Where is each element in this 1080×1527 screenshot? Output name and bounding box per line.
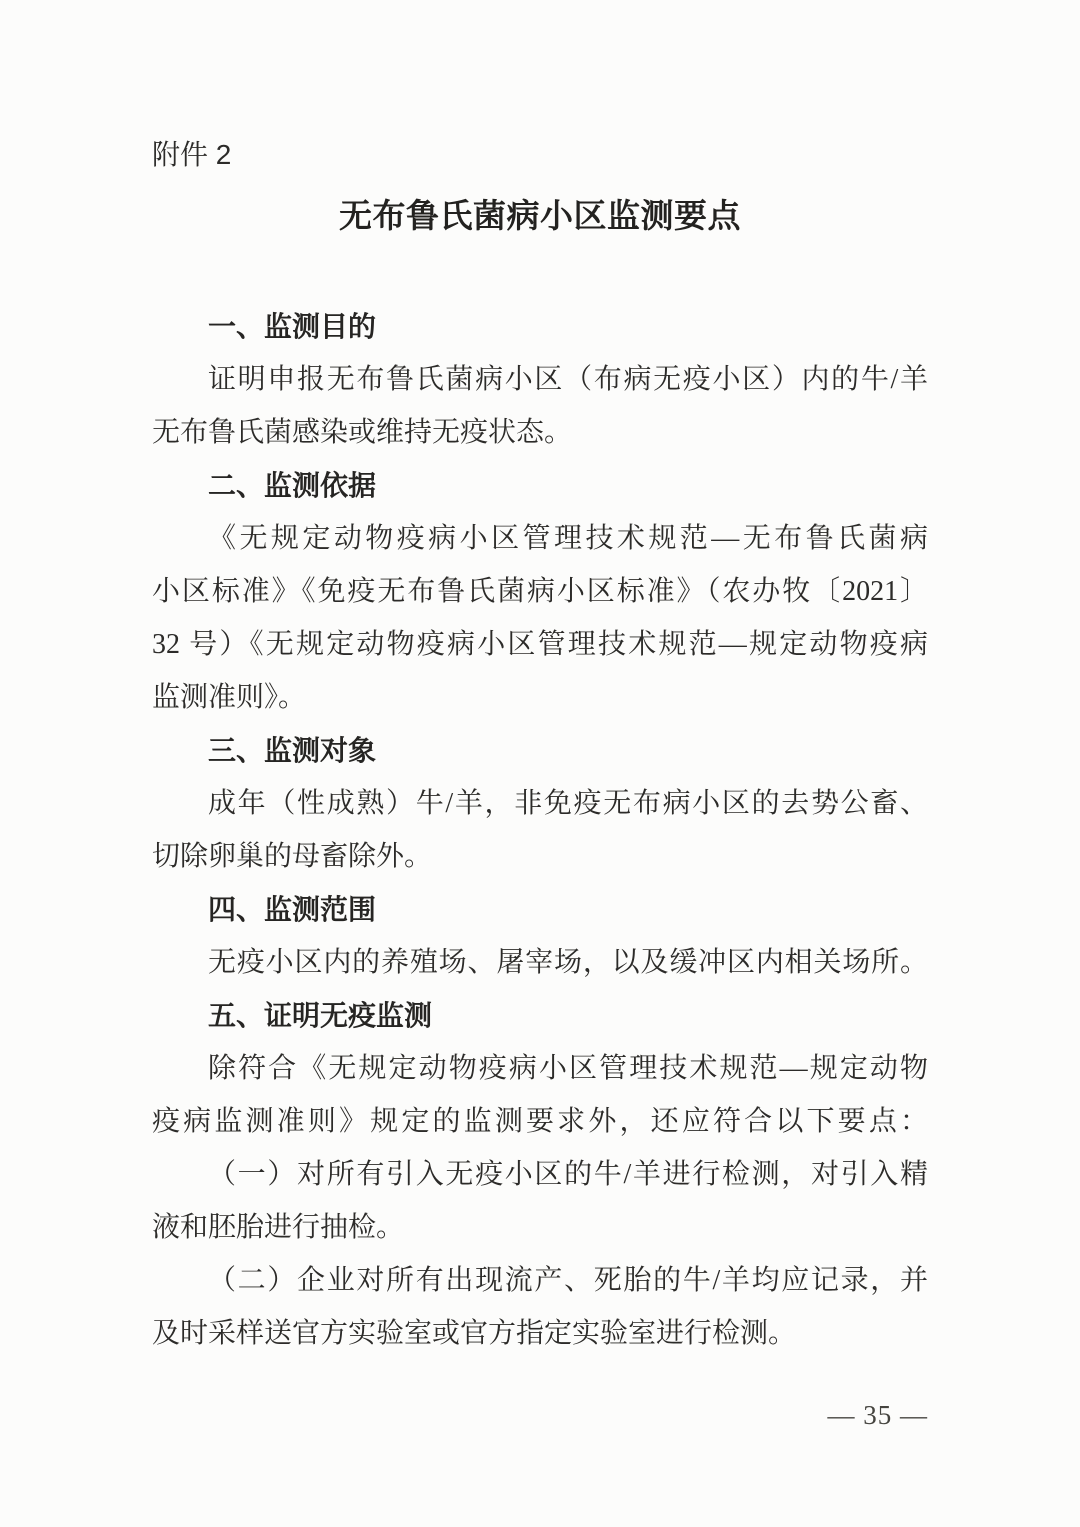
section-heading-4: 四、监测范围 xyxy=(152,883,928,936)
attachment-label: 附件 2 xyxy=(152,138,928,172)
document-body: 一、监测目的 证明申报无布鲁氏菌病小区（布病无疫小区）内的牛/羊 无布鲁氏菌感染… xyxy=(152,300,928,1360)
paragraph-line: 无布鲁氏菌感染或维持无疫状态。 xyxy=(152,406,928,459)
section-heading-3: 三、监测对象 xyxy=(152,724,928,777)
paragraph-line: （二）企业对所有出现流产、死胎的牛/羊均应记录，并 xyxy=(152,1254,928,1307)
paragraph-line: 及时采样送官方实验室或官方指定实验室进行检测。 xyxy=(152,1307,928,1360)
paragraph-line: 32 号）《无规定动物疫病小区管理技术规范—规定动物疫病 xyxy=(152,618,928,671)
paragraph-line: 成年（性成熟）牛/羊，非免疫无布病小区的去势公畜、 xyxy=(152,777,928,830)
paragraph-line: 除符合《无规定动物疫病小区管理技术规范—规定动物 xyxy=(152,1042,928,1095)
page-content-area: 附件 2 无布鲁氏菌病小区监测要点 一、监测目的 证明申报无布鲁氏菌病小区（布病… xyxy=(0,0,1080,1360)
section-heading-5: 五、证明无疫监测 xyxy=(152,989,928,1042)
paragraph-line: 疫病监测准则》规定的监测要求外，还应符合以下要点： xyxy=(152,1095,928,1148)
paragraph-line: 液和胚胎进行抽检。 xyxy=(152,1201,928,1254)
section-heading-2: 二、监测依据 xyxy=(152,459,928,512)
page-number: — 35 — xyxy=(828,1400,929,1430)
paragraph-line: 证明申报无布鲁氏菌病小区（布病无疫小区）内的牛/羊 xyxy=(152,353,928,406)
paragraph-line: （一）对所有引入无疫小区的牛/羊进行检测，对引入精 xyxy=(152,1148,928,1201)
paragraph-line: 无疫小区内的养殖场、屠宰场，以及缓冲区内相关场所。 xyxy=(152,936,928,989)
document-title: 无布鲁氏菌病小区监测要点 xyxy=(152,194,928,240)
paragraph-line: 《无规定动物疫病小区管理技术规范—无布鲁氏菌病 xyxy=(152,512,928,565)
paragraph-line: 监测准则》。 xyxy=(152,671,928,724)
paragraph-line: 小区标准》《免疫无布鲁氏菌病小区标准》（农办牧〔2021〕 xyxy=(152,565,928,618)
document-page: 附件 2 无布鲁氏菌病小区监测要点 一、监测目的 证明申报无布鲁氏菌病小区（布病… xyxy=(0,0,1080,1527)
paragraph-line: 切除卵巢的母畜除外。 xyxy=(152,830,928,883)
section-heading-1: 一、监测目的 xyxy=(152,300,928,353)
